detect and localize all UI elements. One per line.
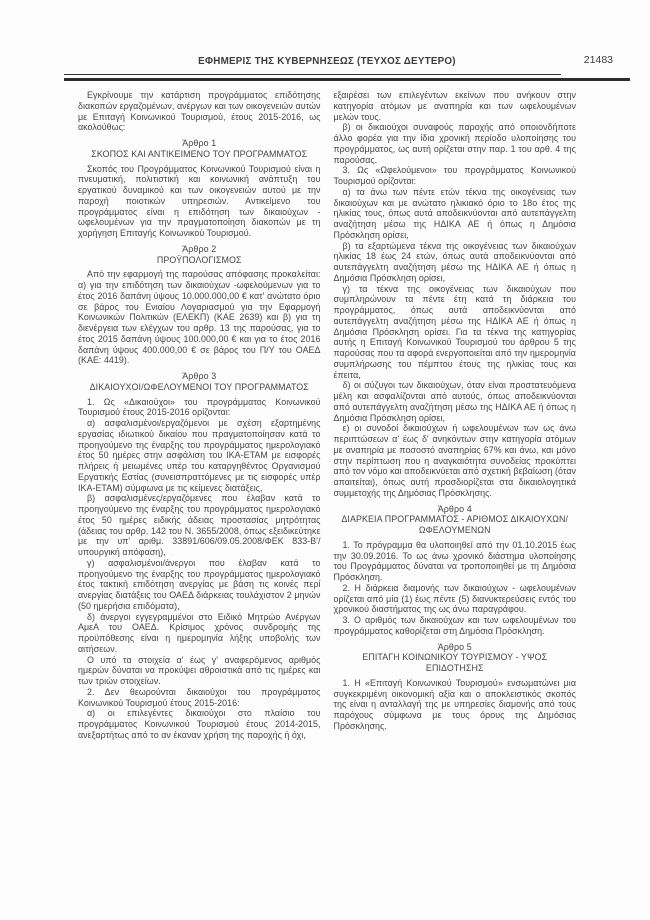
paragraph: β) τα εξαρτώμενα τέκνα της οικογένειας τ… bbox=[334, 241, 577, 284]
article-title: ΠΡΟΫΠΟΛΟΓΙΣΜΟΣ bbox=[78, 255, 321, 266]
paragraph: Από την εφαρμογή της παρούσας απόφασης π… bbox=[78, 269, 321, 366]
paragraph: α) οι επιλεγέντες δικαιούχοι στο πλαίσιο… bbox=[78, 708, 321, 740]
article-number: Άρθρο 1 bbox=[78, 138, 321, 149]
article-title: ΕΠΙΤΑΓΗ ΚΟΙΝΩΝΙΚΟΥ ΤΟΥΡΙΣΜΟΥ - ΥΨΟΣ ΕΠΙΔ… bbox=[334, 652, 577, 674]
article-title: ΣΚΟΠΟΣ ΚΑΙ ΑΝΤΙΚΕΙΜΕΝΟ ΤΟΥ ΠΡΟΓΡΑΜΜΑΤΟΣ bbox=[78, 149, 321, 160]
header-rule-thin bbox=[64, 74, 561, 75]
article-heading: Άρθρο 5ΕΠΙΤΑΓΗ ΚΟΙΝΩΝΙΚΟΥ ΤΟΥΡΙΣΜΟΥ - ΥΨ… bbox=[334, 642, 577, 674]
article-heading: Άρθρο 4ΔΙΑΡΚΕΙΑ ΠΡΟΓΡΑΜΜΑΤΟΣ - ΑΡΙΘΜΟΣ Δ… bbox=[334, 504, 577, 536]
page-title: ΕΦΗΜΕΡΙΣ ΤΗΣ ΚΥΒΕΡΝΗΣΕΩΣ (ΤΕΥΧΟΣ ΔΕΥΤΕΡΟ… bbox=[78, 56, 576, 67]
paragraph: α) τα άνω των πέντε ετών τέκνα της οικογ… bbox=[334, 187, 577, 241]
paragraph: Ο υπό τα στοιχεία α' έως γ' αναφερόμενος… bbox=[78, 655, 321, 687]
paragraph: εξαιρέσει των επιλεγέντων εκείνων που αν… bbox=[334, 90, 577, 122]
article-number: Άρθρο 3 bbox=[78, 371, 321, 382]
page-number: 21483 bbox=[563, 54, 613, 66]
paragraph: β) οι δικαιούχοι συναφούς παροχής από οπ… bbox=[334, 122, 577, 165]
paragraph: 1. Ως «Δικαιούχοι» του προγράμματος Κοιν… bbox=[78, 397, 321, 419]
article-heading: Άρθρο 1ΣΚΟΠΟΣ ΚΑΙ ΑΝΤΙΚΕΙΜΕΝΟ ΤΟΥ ΠΡΟΓΡΑ… bbox=[78, 138, 321, 160]
article-number: Άρθρο 4 bbox=[334, 504, 577, 515]
paragraph: ε) οι συνοδοί δικαιούχων ή ωφελουμένων τ… bbox=[334, 423, 577, 498]
paragraph: Σκοπός του Προγράμματος Κοινωνικού Τουρι… bbox=[78, 164, 321, 239]
article-heading: Άρθρο 3ΔΙΚΑΙΟΥΧΟΙ/ΩΦΕΛΟΥΜΕΝΟΙ ΤΟΥ ΠΡΟΓΡΑ… bbox=[78, 371, 321, 393]
paragraph: 2. Η διάρκεια διαμονής των δικαιούχων - … bbox=[334, 583, 577, 615]
article-heading: Άρθρο 2ΠΡΟΫΠΟΛΟΓΙΣΜΟΣ bbox=[78, 244, 321, 266]
paragraph: 3. Ως «Ωφελούμενοι» του προγράμματος Κοι… bbox=[334, 165, 577, 187]
article-number: Άρθρο 5 bbox=[334, 642, 577, 653]
paragraph: δ) άνεργοι εγγεγραμμένοι στο Ειδικό Μητρ… bbox=[78, 612, 321, 655]
article-title: ΔΙΑΡΚΕΙΑ ΠΡΟΓΡΑΜΜΑΤΟΣ - ΑΡΙΘΜΟΣ ΔΙΚΑΙΟΥΧ… bbox=[334, 514, 577, 536]
article-title: ΔΙΚΑΙΟΥΧΟΙ/ΩΦΕΛΟΥΜΕΝΟΙ ΤΟΥ ΠΡΟΓΡΑΜΜΑΤΟΣ bbox=[78, 382, 321, 393]
text-columns: Εγκρίνουμε την κατάρτιση προγράμματος επ… bbox=[78, 90, 576, 741]
paragraph: γ) τα τέκνα της οικογένειας των δικαιούχ… bbox=[334, 284, 577, 381]
paragraph: δ) οι σύζυγοι των δικαιούχων, όταν είναι… bbox=[334, 380, 577, 423]
article-number: Άρθρο 2 bbox=[78, 244, 321, 255]
column-left: Εγκρίνουμε την κατάρτιση προγράμματος επ… bbox=[78, 90, 321, 741]
paragraph: 2. Δεν θεωρούνται δικαιούχοι του προγράμ… bbox=[78, 687, 321, 709]
paragraph: 3. Ο αριθμός των δικαιούχων και των ωφελ… bbox=[334, 615, 577, 637]
column-right: εξαιρέσει των επιλεγέντων εκείνων που αν… bbox=[334, 90, 577, 741]
paragraph: 1. Το πρόγραμμα θα υλοποιηθεί από την 01… bbox=[334, 540, 577, 583]
paragraph: β) ασφαλισμένες/εργαζόμενες που έλαβαν κ… bbox=[78, 493, 321, 558]
gazette-page: ΕΦΗΜΕΡΙΣ ΤΗΣ ΚΥΒΕΡΝΗΣΕΩΣ (ΤΕΥΧΟΣ ΔΕΥΤΕΡΟ… bbox=[0, 0, 650, 920]
paragraph: α) ασφαλισμένοι/εργαζόμενοι με σχέση εξα… bbox=[78, 418, 321, 493]
header-rule-thick bbox=[64, 78, 630, 81]
paragraph: 1. Η «Επιταγή Κοινωνικού Τουρισμού» ενσω… bbox=[334, 678, 577, 732]
paragraph: Εγκρίνουμε την κατάρτιση προγράμματος επ… bbox=[78, 90, 321, 133]
paragraph: γ) ασφαλισμένοι/άνεργοι που έλαβαν κατά … bbox=[78, 558, 321, 612]
